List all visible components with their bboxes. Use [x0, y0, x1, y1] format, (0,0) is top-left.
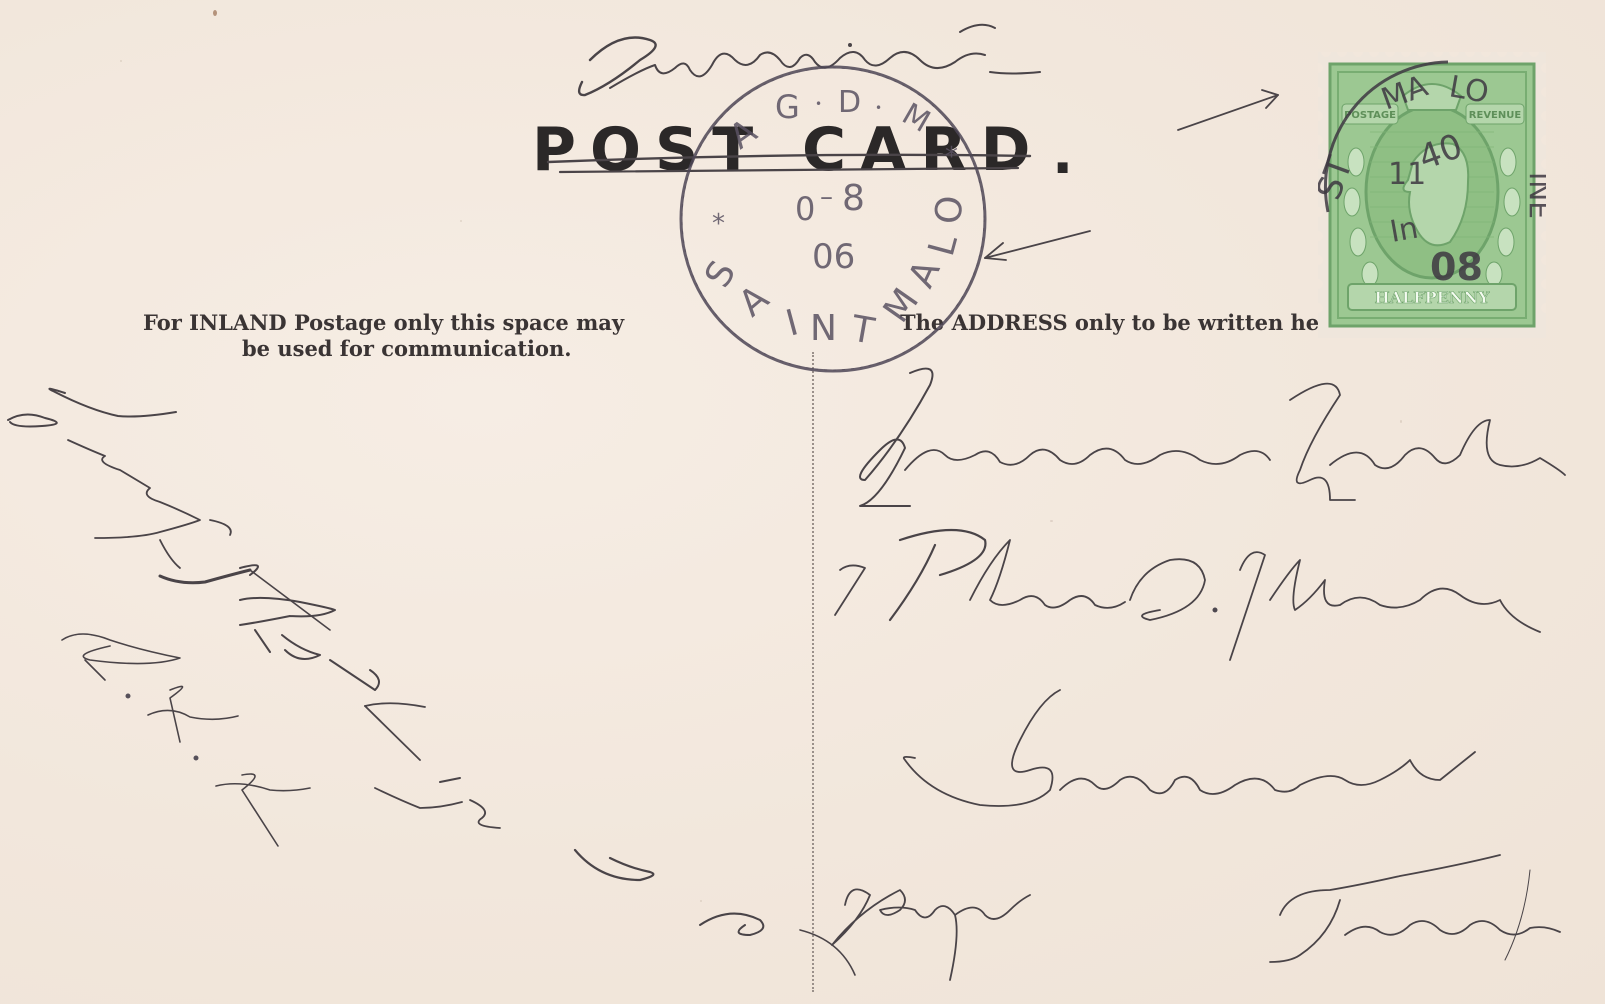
stamp-svg: POSTAGE REVENUE HALFPENNY ST MA LO 11 40… [1318, 52, 1546, 338]
svg-text:G: G [775, 88, 800, 126]
cancel-line3: 08 [1430, 245, 1483, 289]
svg-text:–: – [820, 182, 833, 212]
partial-postmark-arc [800, 930, 855, 975]
handwritten-imprime [579, 25, 1040, 95]
svg-text:I: I [782, 302, 803, 344]
svg-text:T: T [847, 308, 878, 353]
svg-text:06: 06 [812, 237, 855, 277]
svg-text:LO: LO [1447, 69, 1492, 110]
svg-text:•: • [815, 97, 822, 111]
stamp-revenue-label: REVENUE [1469, 110, 1522, 121]
svg-text:N: N [810, 308, 837, 349]
svg-text:O: O [928, 194, 971, 226]
svg-text:A: A [901, 254, 949, 294]
svg-text:D: D [838, 85, 861, 120]
svg-text:A: A [722, 111, 764, 157]
handwritten-address [832, 369, 1565, 980]
svg-text:0: 0 [795, 190, 815, 228]
svg-text:*: * [945, 142, 958, 172]
center-postmark-date: 8 - 06 [0, 0, 46, 4]
stamp-halfpenny-label: HALFPENNY [1374, 288, 1490, 307]
halfpenny-stamp: POSTAGE REVENUE HALFPENNY ST MA LO 11 40… [1318, 52, 1546, 338]
arrow-to-stamp [1178, 90, 1278, 130]
svg-text:M: M [876, 281, 927, 330]
left-message-date [575, 850, 763, 935]
center-postmark-text: A G • D • M * * S A I N T M A L O 0 – 8 … [697, 85, 971, 353]
arrow-to-postmark [985, 231, 1090, 260]
svg-text:•: • [875, 101, 882, 115]
svg-text:L: L [921, 230, 966, 260]
svg-text:INE: INE [1523, 172, 1546, 219]
svg-text:*: * [712, 209, 725, 239]
svg-text:8: 8 [842, 178, 865, 219]
handwritten-message [8, 389, 500, 846]
postcard: POST CARD . For INLAND Postage only this… [0, 0, 1605, 1004]
